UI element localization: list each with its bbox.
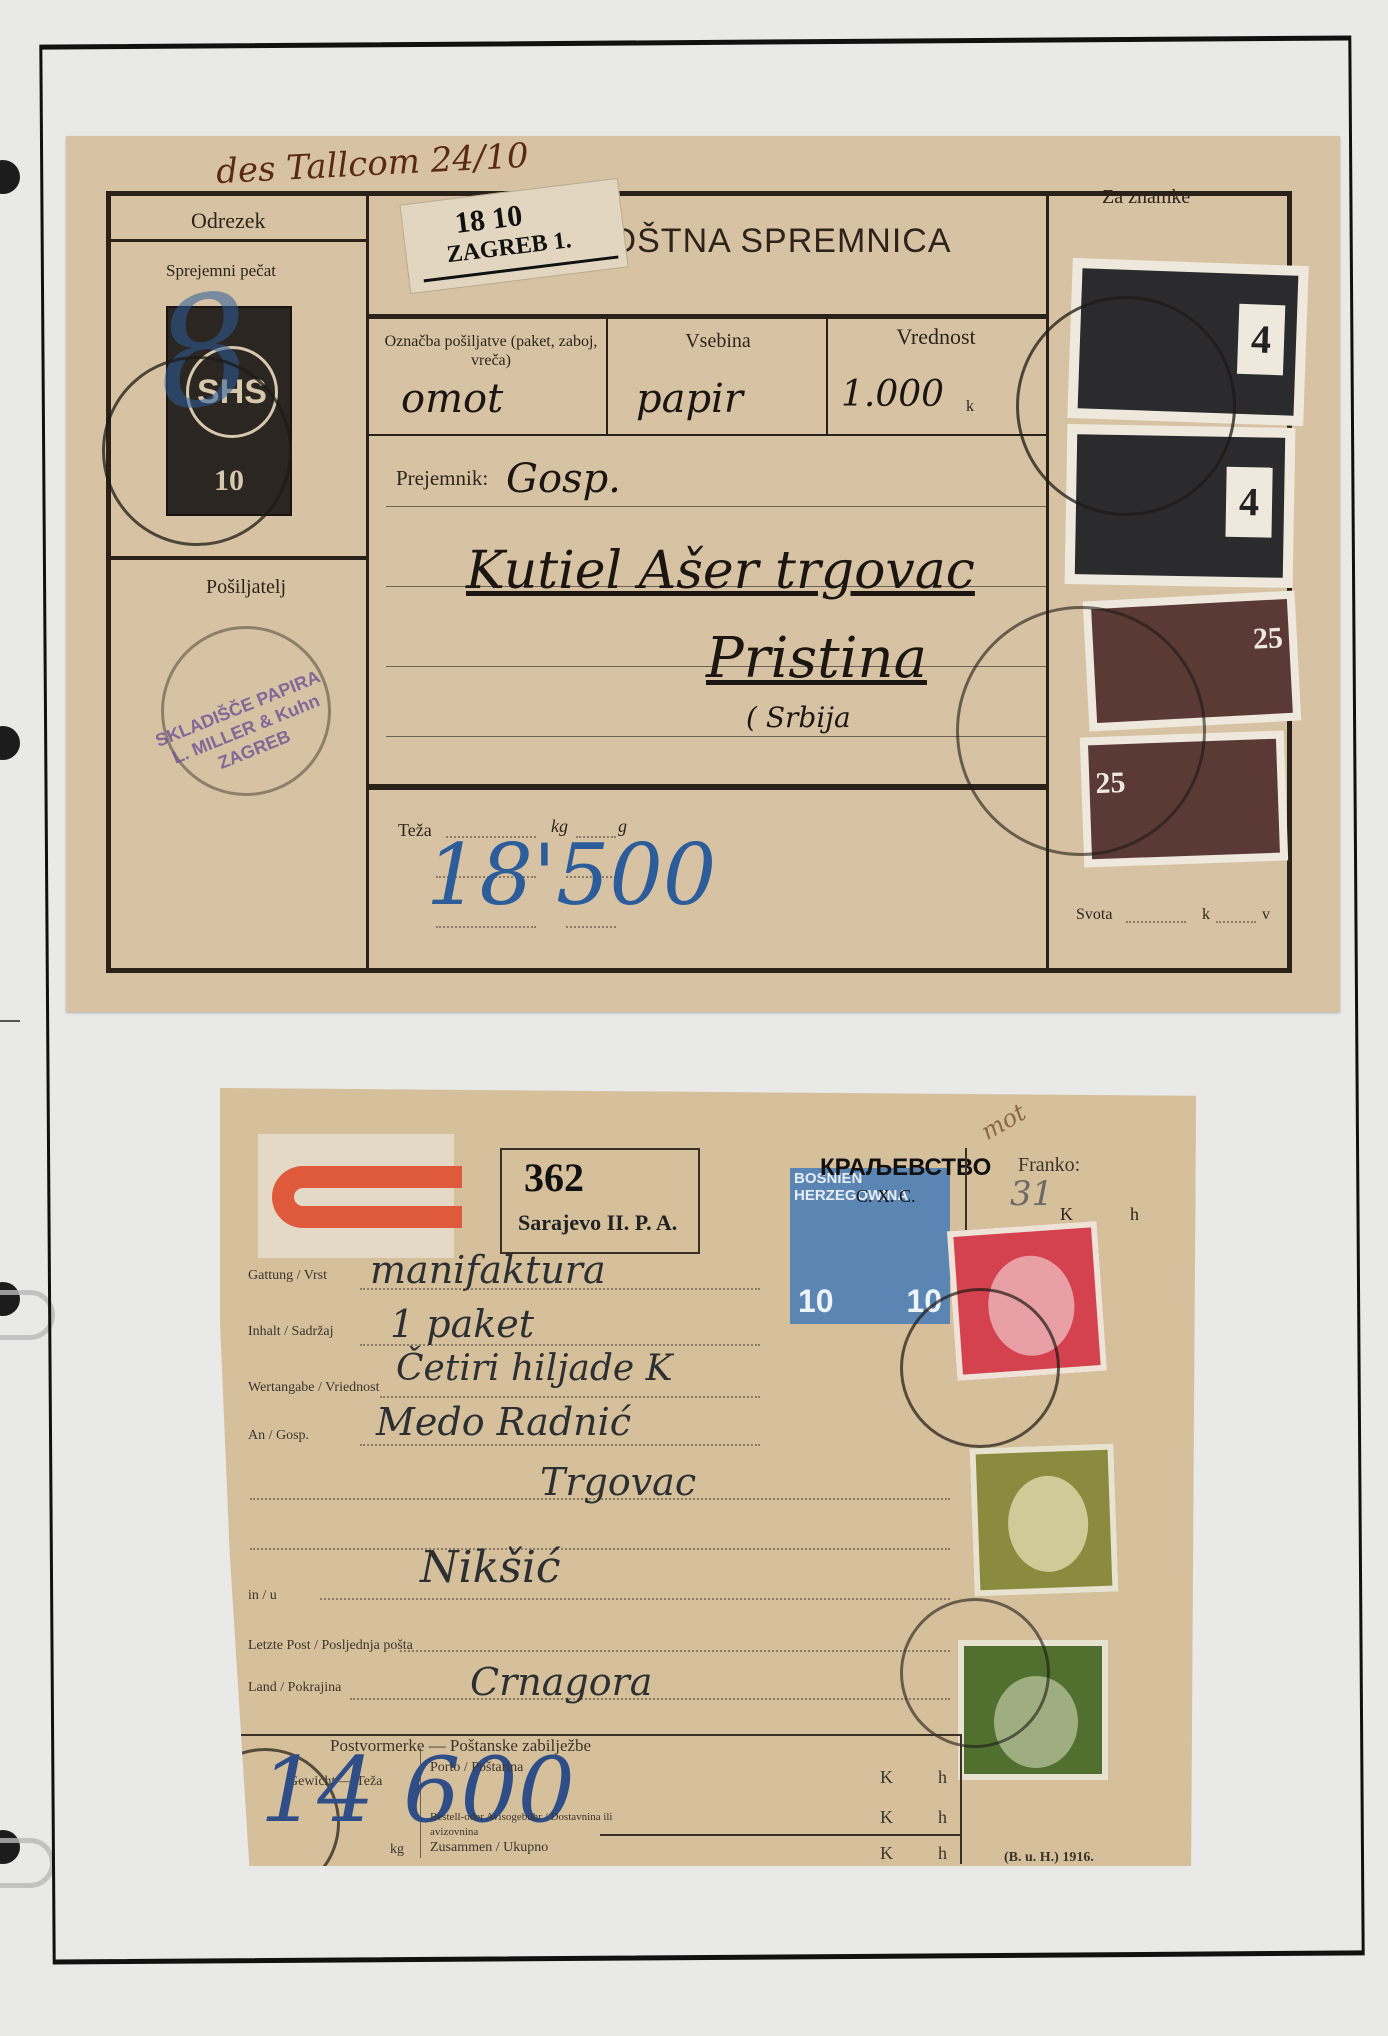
recipient-line: ( Srbija [746, 701, 851, 734]
address-rule [386, 506, 1046, 507]
indicium-value: 10 [798, 1283, 834, 1320]
postmark-zagreb [956, 606, 1206, 856]
column-header-contents: Vsebina [611, 330, 825, 353]
delivery-k: K [880, 1810, 893, 1825]
dotted-rule [566, 926, 616, 928]
total-h: h [938, 1846, 947, 1861]
dotted-rule [436, 926, 536, 928]
stamps-box-label: Za znamke [1102, 186, 1190, 209]
stamp-value: 4 [1237, 304, 1285, 376]
total-label: Zusammen / Ukupno [430, 1840, 550, 1855]
binder-hole [0, 160, 20, 194]
field-label-contents: Inhalt / Sadržaj [248, 1324, 334, 1339]
postmark-sarajevo [900, 1598, 1050, 1748]
binder-hole [0, 726, 20, 760]
page-tick [0, 1020, 20, 1022]
dotted-rule [360, 1444, 760, 1446]
divider [366, 196, 369, 968]
field-label-kind: Gattung / Vrst [248, 1268, 327, 1283]
form-title: POŠTNA SPREMNICA [586, 222, 952, 261]
country-value: Crnagora [470, 1660, 652, 1704]
occupation-value: Trgovac [540, 1460, 696, 1504]
stamp-portrait [1006, 1474, 1089, 1573]
franko-value: 31 [1010, 1174, 1053, 1214]
stamp-value: 25 [1252, 621, 1284, 657]
form-imprint: (B. u. H.) 1916. [1004, 1850, 1094, 1865]
registration-tag [258, 1134, 454, 1258]
porto-label: Porto / Poštarina [430, 1760, 550, 1775]
value-unit: k [966, 398, 974, 416]
recipient-label: Prejemnik: [396, 466, 488, 491]
annotation-mot: mot [976, 1098, 1031, 1146]
overprint-shs: С. Х. С. [856, 1186, 916, 1207]
dotted-rule [250, 1548, 950, 1550]
red-c-mark [272, 1166, 462, 1228]
franko-h: h [1130, 1204, 1139, 1225]
column-header-value: Vrednost [831, 324, 1041, 350]
declared-value: 1.000 [841, 374, 944, 415]
divider [369, 434, 1046, 436]
divider [606, 316, 608, 436]
parcel-card-sarajevo: 362 Sarajevo II. P. A. BOSNIEN HERZEGOWI… [220, 1088, 1196, 1866]
delivery-h: h [938, 1810, 947, 1825]
field-label-last-post: Letzte Post / Posljednja pošta [248, 1638, 413, 1653]
kind-value: manifaktura [370, 1248, 606, 1292]
divider [1046, 196, 1049, 968]
column-header-designation: Označba pošiljatve (paket, zaboj, vreča) [378, 332, 604, 370]
dotted-rule [320, 1598, 950, 1600]
divider [960, 1734, 962, 1864]
divider [369, 314, 1046, 319]
binder-ring [0, 1838, 55, 1888]
value-value: Četiri hiljade K [396, 1348, 673, 1389]
stamp-20 [969, 1444, 1118, 1597]
field-label-recipient: An / Gosp. [248, 1428, 309, 1443]
address-rule [386, 736, 1046, 737]
field-label-value: Wertangabe / Vriednost [248, 1380, 380, 1395]
sender-label: Pošiljatelj [206, 576, 286, 599]
sum-v: v [1262, 906, 1270, 924]
divider [111, 556, 366, 560]
divider [600, 1834, 960, 1836]
contents-value: 1 paket [390, 1302, 534, 1346]
parcel-card-zagreb: des Tallcom 24/10 Odrezek Sprejemni peča… [66, 136, 1340, 1012]
dotted-rule [1126, 921, 1186, 923]
field-label-country: Land / Pokrajina [248, 1680, 341, 1695]
binder-ring [0, 1290, 55, 1340]
recipient-value: Medo Radnić [376, 1400, 631, 1444]
recipient-line: Gosp. [506, 456, 621, 502]
recipient-line: Pristina [706, 626, 927, 691]
porto-h: h [938, 1770, 947, 1785]
divider [369, 784, 1046, 790]
registration-office: Sarajevo II. P. A. [518, 1210, 677, 1236]
postmark-sarajevo [900, 1288, 1060, 1448]
divider [111, 239, 366, 242]
total-k: K [880, 1846, 893, 1861]
field-label-destination: in / u [248, 1588, 277, 1603]
divider [826, 316, 828, 436]
dotted-rule [380, 1396, 760, 1398]
top-annotation: des Tallcom 24/10 [215, 136, 529, 192]
stamp-value: 4 [1225, 467, 1272, 538]
postmark-zagreb [1016, 296, 1236, 516]
registration-box: 362 Sarajevo II. P. A. [500, 1148, 700, 1254]
designation-value: omot [401, 376, 503, 422]
weight-value: 18'500 [426, 826, 716, 924]
sum-label: Svota [1076, 906, 1112, 924]
porto-k: K [880, 1770, 893, 1785]
registration-number: 362 [524, 1154, 584, 1201]
dotted-rule [1216, 921, 1256, 923]
odrezek-label: Odrezek [191, 208, 266, 234]
destination-value: Nikšić [420, 1542, 561, 1593]
sum-k: k [1202, 906, 1210, 924]
dotted-rule [400, 1650, 950, 1652]
weight-unit: kg [390, 1842, 404, 1857]
recipient-line: Kutiel Ašer trgovac [466, 541, 975, 601]
contents-value: papir [636, 376, 743, 422]
